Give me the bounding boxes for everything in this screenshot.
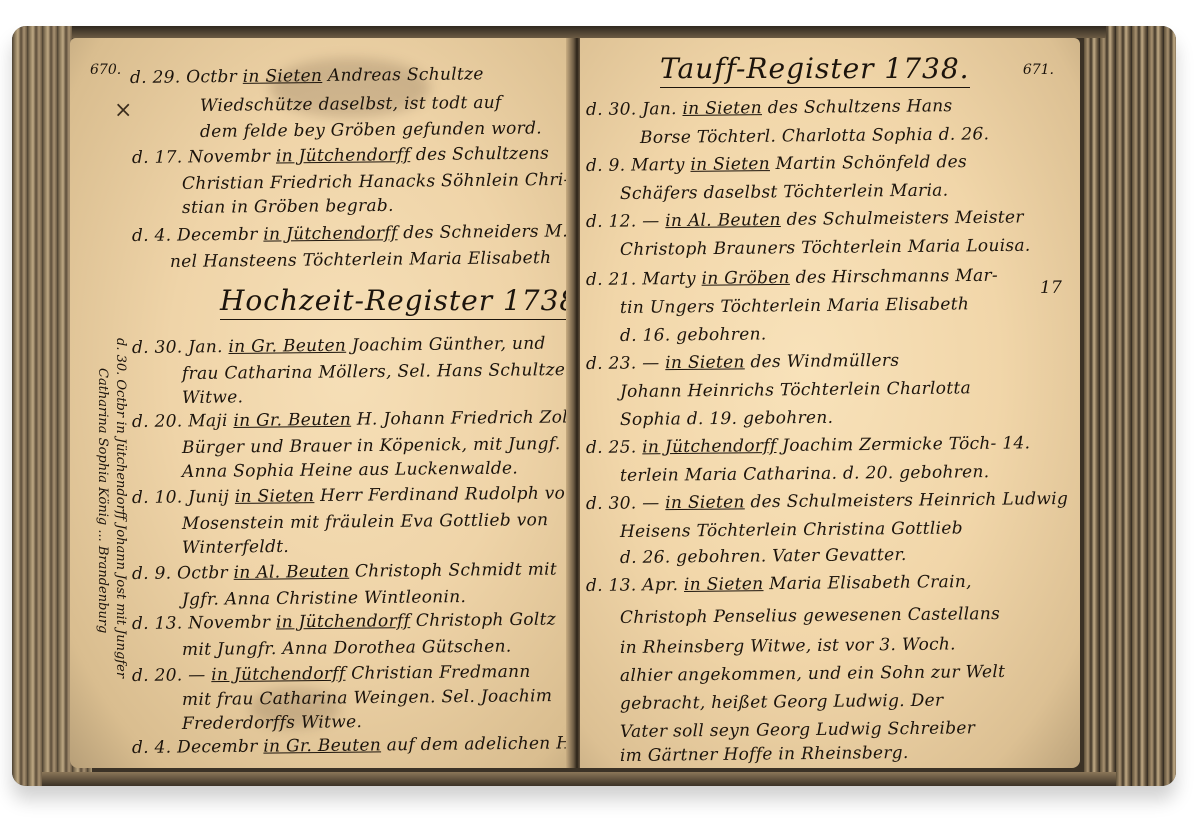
register-line: Vater soll seyn Georg Ludwig Schreiber <box>620 718 975 742</box>
register-line: d. 20. Maji in Gr. Beuten H. Johann Frie… <box>132 407 572 432</box>
register-line: d. 23. — in Sieten des Windmüllers <box>586 351 900 374</box>
register-line: d. 30. Jan. in Sieten des Schultzens Han… <box>586 96 953 120</box>
register-line: d. 9. Marty in Sieten Martin Schönfeld d… <box>586 152 967 176</box>
register-line: d. 21. Marty in Gröben des Hirschmanns M… <box>586 266 998 290</box>
register-line: im Gärtner Hoffe in Rheinsberg. <box>620 743 909 766</box>
register-line: tin Ungers Töchterlein Maria Elisabeth <box>620 294 969 318</box>
register-line: d. 10. Junij in Sieten Herr Ferdinand Ru… <box>132 483 572 508</box>
register-line: Schäfers daselbst Töchterlein Maria. <box>620 181 949 204</box>
register-line: Christoph Brauners Töchterlein Maria Lou… <box>620 236 1031 260</box>
register-line: d. 26. gebohren. Vater Gevatter. <box>620 545 907 568</box>
register-line: Johann Heinrichs Töchterlein Charlotta <box>620 378 971 402</box>
register-line: Jgfr. Anna Christine Wintleonin. <box>182 587 466 610</box>
register-line: stian in Gröben begrab. <box>182 196 394 218</box>
register-line: d. 13. Apr. in Sieten Maria Elisabeth Cr… <box>586 572 972 596</box>
register-line: d. 30. — in Sieten des Schulmeisters Hei… <box>586 489 1068 514</box>
register-line: Bürger und Brauer in Köpenick, mit Jungf… <box>182 434 561 458</box>
register-line: Borse Töchterl. Charlotta Sophia d. 26. <box>640 124 989 148</box>
margin-note: Catharina Sophia König ... Brandenburg <box>95 368 110 633</box>
register-line: terlein Maria Catharina. d. 20. gebohren… <box>620 462 990 486</box>
register-line: d. 9. Octbr in Al. Beuten Christoph Schm… <box>132 560 557 584</box>
register-line: mit Jungfr. Anna Dorothea Gütschen. <box>182 637 512 660</box>
book-bottom-edge <box>42 772 1116 786</box>
register-line: Frederdorffs Witwe. <box>182 712 362 734</box>
register-line: Witwe. <box>182 387 243 408</box>
register-line: in Rheinsberg Witwe, ist vor 3. Woch. <box>620 634 956 658</box>
register-line: Mosenstein mit fräulein Eva Gottlieb von <box>182 510 549 534</box>
register-line: dem felde bey Gröben gefunden word. <box>200 118 542 142</box>
register-line: d. 4. Decembr in Gr. Beuten auf dem adel… <box>132 733 572 758</box>
register-line: mit frau Catharina Weingen. Sel. Joachim <box>182 686 552 710</box>
section-heading-baptism: Tauff-Register 1738. <box>660 52 970 88</box>
register-line: Winterfeldt. <box>182 537 289 558</box>
right-page: 671. Tauff-Register 1738. d. 30. Jan. in… <box>580 38 1080 768</box>
register-line: d. 17. Novembr in Jütchendorff des Schul… <box>132 144 549 168</box>
register-line: Christian Friedrich Hanacks Söhnlein Chr… <box>182 170 570 194</box>
register-line: gebracht, heißet Georg Ludwig. Der <box>620 691 944 714</box>
register-line: nel Hansteens Töchterlein Maria Elisabet… <box>170 248 552 272</box>
cross-mark: × <box>114 98 132 123</box>
register-line: d. 25. in Jütchendorff Joachim Zermicke … <box>586 433 1031 458</box>
register-line: d. 16. gebohren. <box>620 324 767 346</box>
book-page-edges-right <box>1084 26 1176 786</box>
left-page: 670. × d. 29. Octbr in Sieten Andreas Sc… <box>70 38 572 768</box>
register-line: frau Catharina Möllers, Sel. Hans Schult… <box>182 360 572 384</box>
register-line: d. 12. — in Al. Beuten des Schulmeisters… <box>586 207 1024 232</box>
register-line: Anna Sophia Heine aus Luckenwalde. <box>182 458 518 482</box>
register-line: d. 30. Jan. in Gr. Beuten Joachim Günthe… <box>132 334 546 358</box>
register-line: Christoph Penselius gewesenen Castellans <box>620 604 1000 628</box>
page-number: 670. <box>90 62 121 78</box>
register-line: Heisens Töchterlein Christina Gottlieb <box>620 518 963 542</box>
register-line: d. 4. Decembr in Jütchendorff des Schnei… <box>132 221 568 246</box>
register-line: Wiedschütze daselbst, ist todt auf <box>200 93 502 116</box>
register-line: d. 20. — in Jütchendorff Christian Fredm… <box>132 662 531 686</box>
register-line: Sophia d. 19. gebohren. <box>620 408 833 430</box>
section-heading-marriage: Hochzeit-Register 1738. <box>220 284 572 320</box>
register-line: alhier angekommen, und ein Sohn zur Welt <box>620 662 1005 686</box>
book-top-edge <box>72 26 1106 38</box>
register-line: d. 29. Octbr in Sieten Andreas Schultze <box>130 64 484 88</box>
margin-note: d. 30. Octbr in Jütchendorff Johann Jost… <box>113 338 128 678</box>
page-number: 671. <box>1023 62 1054 78</box>
margin-mark: 17 <box>1040 278 1062 298</box>
register-line: d. 13. Novembr in Jütchendorff Christoph… <box>132 610 556 634</box>
